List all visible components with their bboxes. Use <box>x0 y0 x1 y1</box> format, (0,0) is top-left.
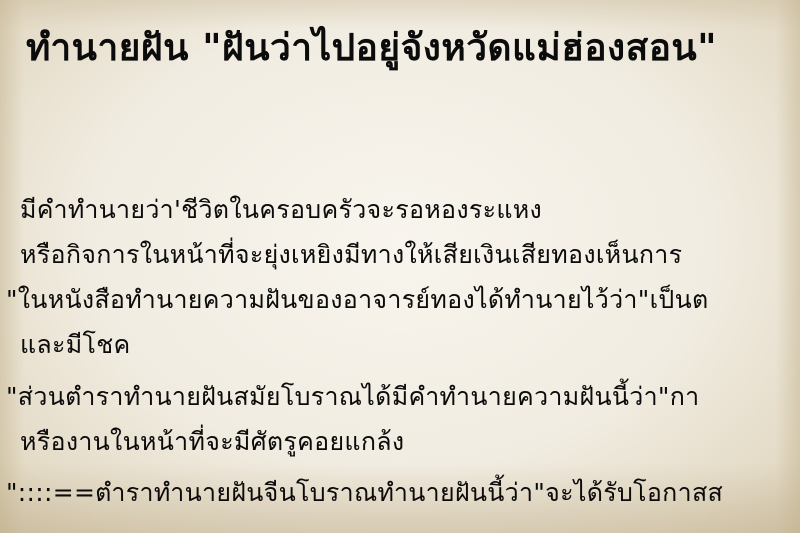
interpretation-line-7: "::::==ตำราทำนายฝันจีนโบราณทำนายฝันนี้ว่… <box>6 478 723 508</box>
interpretation-line-3: "ในหนังสือทำนายความฝันของอาจารย์ทองได้ทำ… <box>6 285 709 315</box>
paper-texture-right <box>776 0 800 533</box>
interpretation-line-1: มีคำทำนายว่า'ชีวิตในครอบครัวจะรอหองระแหง <box>20 195 542 225</box>
interpretation-line-6: หรืองานในหน้าที่จะมีศัตรูคอยแกล้ง <box>20 427 404 457</box>
interpretation-line-5: "ส่วนตำราทำนายฝันสมัยโบราณได้มีคำทำนายคว… <box>6 382 700 412</box>
interpretation-line-4: และมีโชค <box>20 330 131 360</box>
interpretation-line-2: หรือกิจการในหน้าที่จะยุ่งเหยิงมีทางให้เส… <box>20 240 682 270</box>
page-title: ทำนายฝัน "ฝันว่าไปอยู่จังหวัดแม่ฮ่องสอน" <box>26 26 717 70</box>
